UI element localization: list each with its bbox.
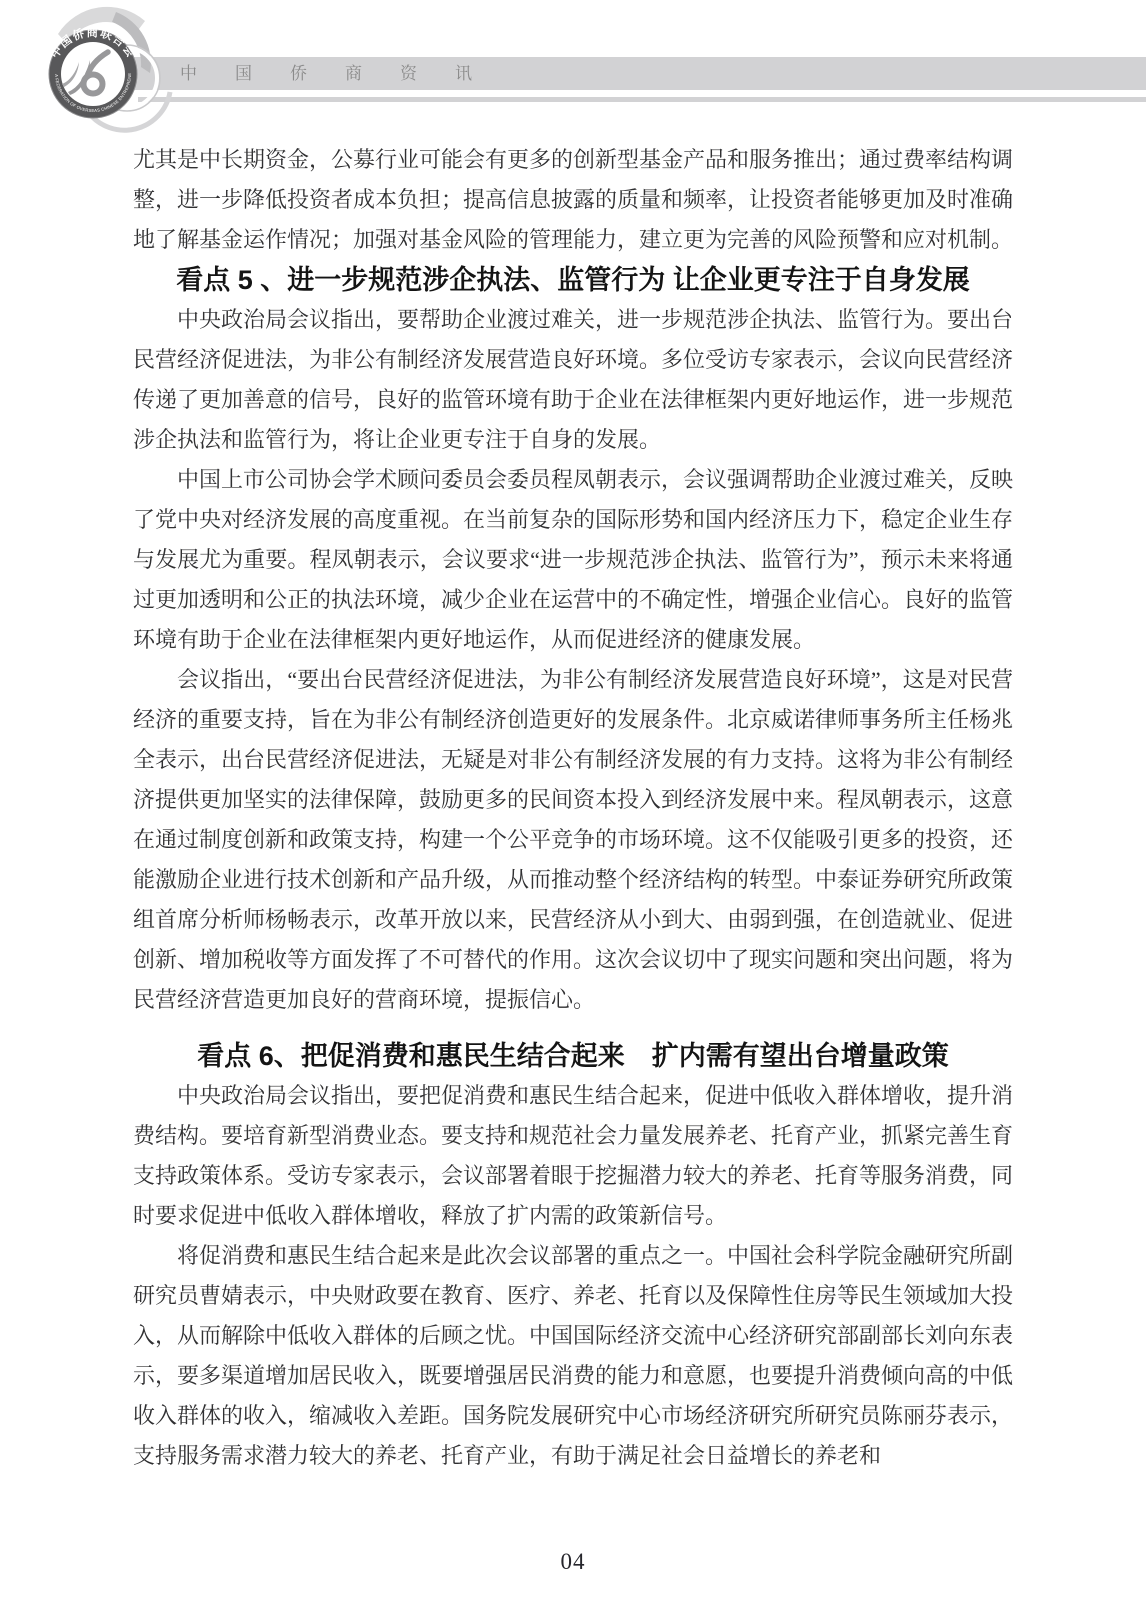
body-paragraph: 中国上市公司协会学术顾问委员会委员程凤朝表示，会议强调帮助企业渡过难关，反映了党… [133,460,1013,660]
body-paragraph: 会议指出，“要出台民营经济促进法，为非公有制经济发展营造良好环境”，这是对民营经… [133,660,1013,1020]
body-paragraph: 中央政治局会议指出，要帮助企业渡过难关，进一步规范涉企执法、监管行为。要出台民营… [133,300,1013,460]
federation-logo-graphic: 中国侨商联合会 CHINA FEDERATION OF OVERSEAS CHI… [20,0,240,160]
document-page: 中国侨商资讯 中国侨商联合会 CHINA FEDERATION OF OVERS… [0,0,1146,1619]
continuation-paragraph: 尤其是中长期资金，公募行业可能会有更多的创新型基金产品和服务推出；通过费率结构调… [133,140,1013,260]
article-body: 尤其是中长期资金，公募行业可能会有更多的创新型基金产品和服务推出；通过费率结构调… [133,0,1013,1476]
section-heading-6: 看点 6、把促消费和惠民生结合起来 扩内需有望出台增量政策 [133,1036,1013,1076]
body-paragraph: 中央政治局会议指出，要把促消费和惠民生结合起来，促进中低收入群体增收，提升消费结… [133,1076,1013,1236]
federation-logo: 中国侨商联合会 CHINA FEDERATION OF OVERSEAS CHI… [20,0,240,160]
page-number: 04 [0,1549,1146,1575]
section-heading-5: 看点 5 、进一步规范涉企执法、监管行为 让企业更专注于自身发展 [133,260,1013,300]
body-paragraph: 将促消费和惠民生结合起来是此次会议部署的重点之一。中国社会科学院金融研究所副研究… [133,1236,1013,1476]
